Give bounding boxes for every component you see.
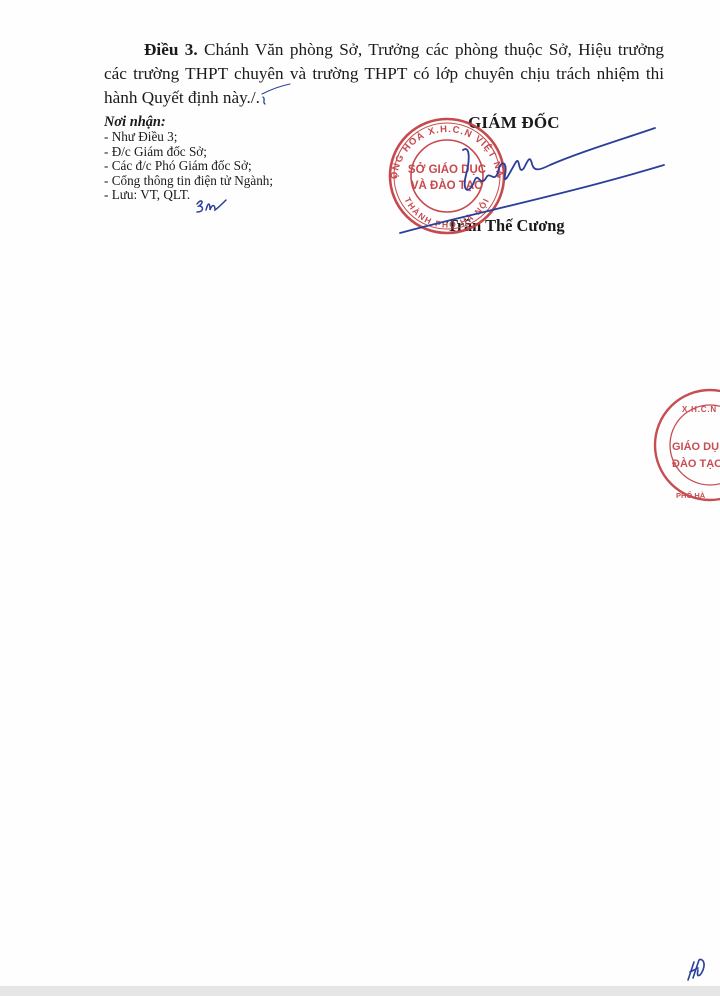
recipient-item: - Các đ/c Phó Giám đốc Sở; bbox=[104, 159, 364, 174]
signature-title: GIÁM ĐỐC bbox=[468, 113, 560, 133]
recipient-item: - Đ/c Giám đốc Sở; bbox=[104, 145, 364, 160]
recipients-block: Nơi nhận: - Như Điều 3; - Đ/c Giám đốc S… bbox=[104, 114, 364, 203]
article-3-paragraph: Điều 3. Chánh Văn phòng Sở, Trưởng các p… bbox=[104, 38, 664, 110]
article-label: Điều 3. bbox=[144, 40, 198, 59]
recipient-item: - Lưu: VT, QLT. bbox=[104, 188, 364, 203]
viewer-bottom-bar bbox=[0, 986, 720, 996]
signer-name: Trần Thế Cương bbox=[447, 216, 565, 236]
recipient-item: - Như Điều 3; bbox=[104, 130, 364, 145]
recipient-item: - Cổng thông tin điện tử Ngành; bbox=[104, 174, 364, 189]
recipients-title: Nơi nhận: bbox=[104, 114, 364, 130]
document-page: Điều 3. Chánh Văn phòng Sở, Trưởng các p… bbox=[0, 0, 720, 986]
